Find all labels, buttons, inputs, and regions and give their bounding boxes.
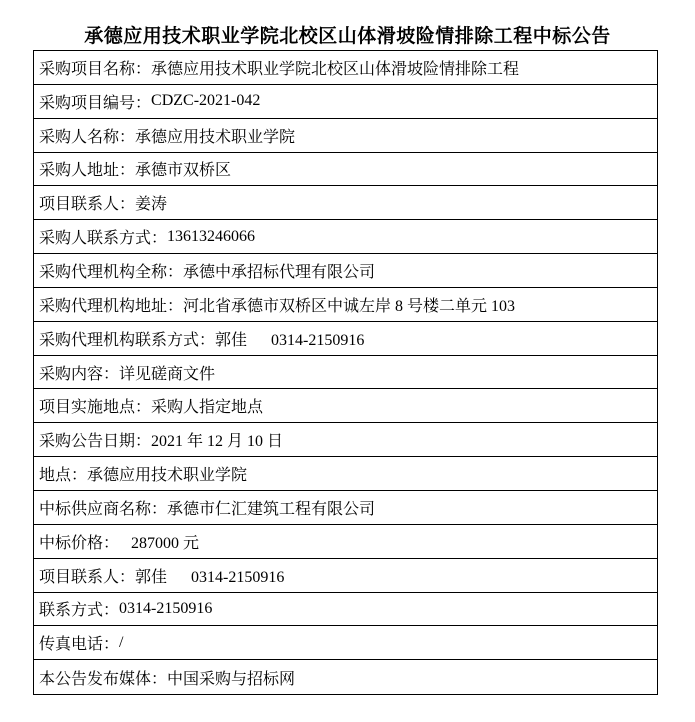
row-value: 中国采购与招标网 — [167, 666, 295, 689]
table-row: 采购人地址：承德市双桥区 — [34, 153, 657, 187]
row-value: 姜涛 — [135, 191, 167, 214]
table-row: 采购人名称：承德应用技术职业学院 — [34, 119, 657, 153]
table-row: 采购项目名称：承德应用技术职业学院北校区山体滑坡险情排除工程 — [34, 51, 657, 85]
row-value: 承德应用技术职业学院北校区山体滑坡险情排除工程 — [151, 56, 519, 79]
table-row: 项目联系人：郭佳 0314-2150916 — [34, 559, 657, 593]
row-label: 采购人联系方式： — [39, 225, 167, 248]
table-row: 采购代理机构全称：承德中承招标代理有限公司 — [34, 254, 657, 288]
row-value: 承德中承招标代理有限公司 — [183, 259, 375, 282]
row-label: 采购代理机构地址： — [39, 293, 183, 316]
table-row: 采购代理机构联系方式：郭佳 0314-2150916 — [34, 322, 657, 356]
table-row: 采购代理机构地址：河北省承德市双桥区中诚左岸 8 号楼二单元 103 — [34, 288, 657, 322]
table-row: 联系方式：0314-2150916 — [34, 593, 657, 627]
row-label: 采购项目编号： — [39, 90, 151, 113]
table-row: 采购内容：详见磋商文件 — [34, 356, 657, 390]
announcement-page: 承德应用技术职业学院北校区山体滑坡险情排除工程中标公告 采购项目名称：承德应用技… — [0, 0, 695, 722]
row-label: 项目联系人： — [39, 191, 135, 214]
row-value: 郭佳 0314-2150916 — [135, 564, 284, 587]
table-row: 本公告发布媒体：中国采购与招标网 — [34, 660, 657, 694]
row-label: 采购人名称： — [39, 124, 135, 147]
page-title: 承德应用技术职业学院北校区山体滑坡险情排除工程中标公告 — [0, 21, 695, 48]
table-row: 地点：承德应用技术职业学院 — [34, 457, 657, 491]
row-value: 承德应用技术职业学院 — [87, 462, 247, 485]
row-label: 传真电话： — [39, 631, 119, 654]
table-row: 项目实施地点：采购人指定地点 — [34, 389, 657, 423]
row-value: 13613246066 — [167, 228, 255, 246]
announcement-table: 采购项目名称：承德应用技术职业学院北校区山体滑坡险情排除工程 采购项目编号：CD… — [33, 50, 658, 695]
row-value: 0314-2150916 — [119, 600, 212, 618]
row-label: 中标价格： — [39, 530, 119, 553]
table-row: 采购项目编号：CDZC-2021-042 — [34, 85, 657, 119]
row-label: 采购代理机构全称： — [39, 259, 183, 282]
table-row: 传真电话：/ — [34, 626, 657, 660]
row-value: 郭佳 0314-2150916 — [215, 327, 364, 350]
row-value: 2021 年 12 月 10 日 — [151, 428, 283, 451]
row-label: 采购内容： — [39, 361, 119, 384]
row-value: 承德市仁汇建筑工程有限公司 — [167, 496, 375, 519]
table-row: 中标供应商名称：承德市仁汇建筑工程有限公司 — [34, 491, 657, 525]
row-label: 采购公告日期： — [39, 428, 151, 451]
table-row: 项目联系人：姜涛 — [34, 186, 657, 220]
table-row: 采购人联系方式：13613246066 — [34, 220, 657, 254]
row-value: 承德市双桥区 — [135, 157, 231, 180]
row-label: 项目实施地点： — [39, 394, 151, 417]
row-label: 中标供应商名称： — [39, 496, 167, 519]
row-value: 采购人指定地点 — [151, 394, 263, 417]
row-label: 本公告发布媒体： — [39, 666, 167, 689]
row-value: CDZC-2021-042 — [151, 92, 260, 110]
row-label: 采购项目名称： — [39, 56, 151, 79]
row-label: 采购人地址： — [39, 157, 135, 180]
row-label: 地点： — [39, 462, 87, 485]
row-value: 河北省承德市双桥区中诚左岸 8 号楼二单元 103 — [183, 293, 515, 316]
row-label: 项目联系人： — [39, 564, 135, 587]
row-label: 采购代理机构联系方式： — [39, 327, 215, 350]
table-row: 中标价格： 287000 元 — [34, 525, 657, 559]
row-value: / — [119, 634, 123, 652]
table-row: 采购公告日期：2021 年 12 月 10 日 — [34, 423, 657, 457]
row-value: 承德应用技术职业学院 — [135, 124, 295, 147]
row-value: 详见磋商文件 — [119, 361, 215, 384]
row-label: 联系方式： — [39, 597, 119, 620]
row-value: 287000 元 — [119, 530, 199, 553]
